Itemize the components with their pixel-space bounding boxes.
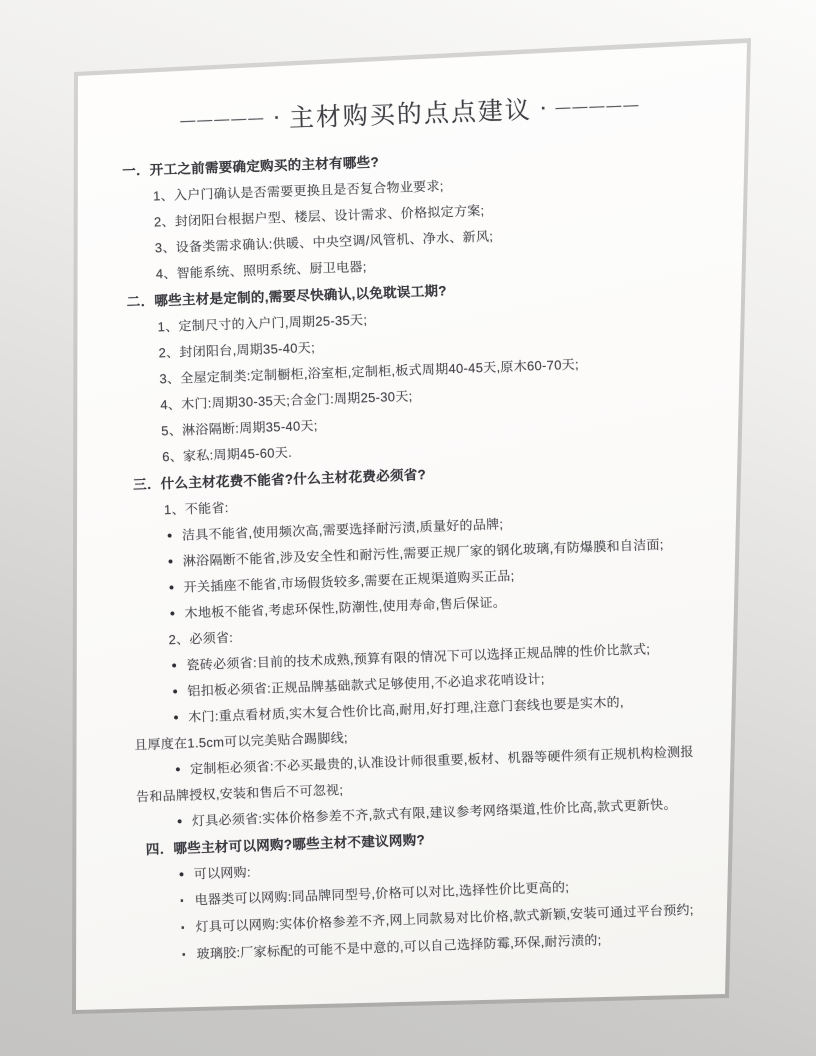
item-text: 灯具可以网购:实体价格参差不齐,网上同款易对比价格,款式新颖,安装可通过平台预约…: [195, 902, 694, 934]
item-text: 玻璃胶:厂家标配的可能不是中意的,可以自己选择防霉,环保,耐污渍的;: [196, 932, 602, 961]
item-text: 铝扣板必须省:正规品牌基础款式足够使用,不必追求花哨设计;: [187, 671, 545, 698]
bullet-icon: ●: [178, 865, 194, 883]
bullet-icon: ●: [177, 812, 193, 830]
bullet-icon: ●: [172, 683, 188, 701]
bullet-icon: ●: [168, 579, 184, 597]
item-text: 灯具必须省:实体价格参差不齐,款式有限,建议参考网络渠道,性价比高,款式更新快。: [192, 797, 677, 829]
title-dot-left: ·: [274, 108, 280, 125]
document-title-row: ————— · 主材购买的点点建议 · —————: [80, 83, 741, 142]
item-text: 开关插座不能省,市场假货较多,需要在正规渠道购买正品;: [183, 568, 514, 595]
bullet-icon: ●: [175, 761, 191, 779]
title-rule-right: —————: [555, 96, 641, 116]
item-text: 洁具不能省,使用频次高,需要选择耐污渍,质量好的品牌;: [182, 516, 504, 542]
bullet-icon: ●: [167, 527, 183, 545]
bullet-icon: ●: [173, 709, 189, 727]
bullet-icon: ●: [171, 657, 187, 675]
dot-icon: ·: [180, 919, 196, 937]
dot-icon: ·: [181, 946, 197, 964]
bullet-icon: ●: [168, 553, 184, 571]
bullet-icon: ●: [169, 605, 185, 623]
title-rule-left: —————: [180, 109, 266, 129]
page-title: 主材购买的点点建议: [288, 90, 532, 134]
document-content: ————— · 主材购买的点点建议 · ————— 一．开工之前需要确定购买的主…: [78, 29, 770, 975]
photo-background: ————— · 主材购买的点点建议 · ————— 一．开工之前需要确定购买的主…: [0, 0, 816, 1056]
dot-icon: ·: [179, 892, 195, 910]
item-text: 可以网购:: [193, 864, 251, 881]
item-text: 木门:重点看材质,实木复合性价比高,耐用,好打理,注意门套线也要是实木的,: [188, 694, 624, 724]
item-text: 木地板不能省,考虑环保性,防潮性,使用寿命,售后保证。: [184, 594, 506, 620]
title-dot-right: ·: [540, 99, 546, 116]
item-text: 电器类可以网购:同品牌同型号,价格可以对比,选择性价比更高的;: [194, 879, 569, 907]
